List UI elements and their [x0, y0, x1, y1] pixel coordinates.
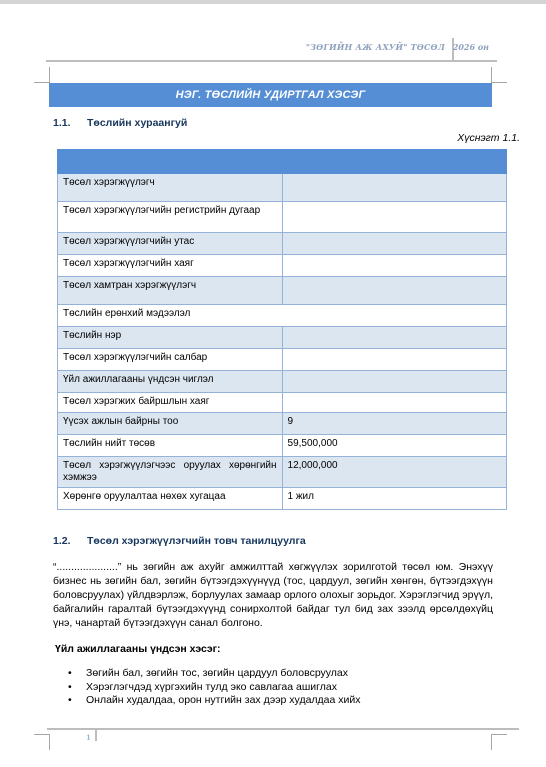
row-label: Төслийн ерөнхий мэдээлэл: [58, 305, 507, 327]
page-header: "ЗӨГИЙН АЖ АХУЙ" ТӨСӨЛ 2026 он: [46, 38, 497, 62]
crop-mark-bottom-right: [491, 734, 507, 750]
row-value[interactable]: [282, 371, 506, 393]
row-value[interactable]: [282, 393, 506, 413]
row-label: Төслийн нийт төсөв: [58, 435, 283, 457]
table-row: Төсөл хэрэгжих байршлын хаяг: [58, 393, 507, 413]
page-number: 1: [86, 733, 91, 742]
activities-list: •Зөгийн бал, зөгийн тос, зөгийн цардуул …: [68, 667, 361, 708]
activities-subheading: Үйл ажиллагааны үндсэн хэсэг:: [55, 643, 221, 655]
section-number: 1.2.: [53, 535, 87, 547]
row-label: Төслийн нэр: [58, 327, 283, 349]
list-item: •Зөгийн бал, зөгийн тос, зөгийн цардуул …: [68, 667, 361, 681]
row-value[interactable]: 12,000,000: [282, 457, 506, 488]
row-value[interactable]: [282, 255, 506, 277]
row-label: Төсөл хэрэгжүүлэгчийн утас: [58, 233, 283, 255]
section-title: Төсөл хэрэгжүүлэгчийн товч танилцуулга: [87, 535, 306, 547]
table-row: Төсөл хэрэгжүүлэгчийн регистрийн дугаар: [58, 202, 507, 233]
row-label: Төсөл хэрэгжүүлэгчийн регистрийн дугаар: [58, 202, 283, 233]
window-top-bar: [0, 0, 546, 4]
row-label: Төсөл хэрэгжих байршлын хаяг: [58, 393, 283, 413]
table-row: Төсөл хамтран хэрэгжүүлэгч: [58, 277, 507, 305]
row-label: Төсөл хэрэгжүүлэгчийн хаяг: [58, 255, 283, 277]
chapter-banner: НЭГ. ТӨСЛИЙН УДИРТГАЛ ХЭСЭГ: [49, 83, 492, 107]
intro-paragraph: “.....................” нь зөгийн аж аху…: [53, 560, 493, 630]
row-value[interactable]: [282, 233, 506, 255]
row-label: Төсөл хамтран хэрэгжүүлэгч: [58, 277, 283, 305]
project-summary-table: Төсөл хэрэгжүүлэгч Төсөл хэрэгжүүлэгчийн…: [57, 149, 507, 510]
row-label: Үүсэх ажлын байрны тоо: [58, 413, 283, 435]
row-label: Төсөл хэрэгжүүлэгч: [58, 174, 283, 202]
table-row: Хөрөнгө оруулалтаа нөхөх хугацаа 1 жил: [58, 488, 507, 510]
row-value[interactable]: [282, 327, 506, 349]
row-value[interactable]: 9: [282, 413, 506, 435]
bullet-icon: •: [68, 694, 72, 708]
header-year: 2026 он: [453, 42, 489, 52]
table-row: Төсөл хэрэгжүүлэгчийн салбар: [58, 349, 507, 371]
table-caption: Хүснэгт 1.1.: [457, 132, 520, 144]
row-value[interactable]: 1 жил: [282, 488, 506, 510]
row-label: Үйл ажиллагааны үндсэн чиглэл: [58, 371, 283, 393]
table-row: Үүсэх ажлын байрны тоо 9: [58, 413, 507, 435]
section-heading-1-2: 1.2.Төсөл хэрэгжүүлэгчийн товч танилцуул…: [53, 535, 306, 547]
row-value[interactable]: 59,500,000: [282, 435, 506, 457]
row-value[interactable]: [282, 277, 506, 305]
row-value[interactable]: [282, 349, 506, 371]
section-heading-1-1: 1.1.Төслийн хураангуй: [53, 117, 187, 129]
footer-rule: [47, 728, 519, 730]
row-label: Төсөл хэрэгжүүлэгчийн салбар: [58, 349, 283, 371]
crop-mark-top-left: [34, 67, 50, 83]
row-label: Төсөл хэрэгжүүлэгчээс оруулах хөрөнгийн …: [58, 457, 283, 488]
crop-mark-top-right: [491, 67, 507, 83]
table-row: Төслийн нэр: [58, 327, 507, 349]
list-item: •Хэрэглэгчдэд хүргэхийн тулд эко савлага…: [68, 681, 361, 695]
row-label: Хөрөнгө оруулалтаа нөхөх хугацаа: [58, 488, 283, 510]
section-title: Төслийн хураангуй: [87, 117, 187, 129]
table-section-row: Төслийн ерөнхий мэдээлэл: [58, 305, 507, 327]
table-row: Төслийн нийт төсөв 59,500,000: [58, 435, 507, 457]
header-title: "ЗӨГИЙН АЖ АХУЙ" ТӨСӨЛ: [306, 42, 445, 52]
crop-mark-bottom-left: [34, 734, 50, 750]
bullet-icon: •: [68, 667, 72, 681]
list-item: •Онлайн худалдаа, орон нутгийн зах дээр …: [68, 694, 361, 708]
footer-divider: [95, 730, 97, 741]
table-row: Төсөл хэрэгжүүлэгчийн утас: [58, 233, 507, 255]
section-number: 1.1.: [53, 117, 87, 129]
row-value[interactable]: [282, 202, 506, 233]
bullet-icon: •: [68, 681, 72, 695]
row-value[interactable]: [282, 174, 506, 202]
table-row: Төсөл хэрэгжүүлэгчээс оруулах хөрөнгийн …: [58, 457, 507, 488]
table-row: Үйл ажиллагааны үндсэн чиглэл: [58, 371, 507, 393]
table-header-row: [58, 150, 507, 174]
table-row: Төсөл хэрэгжүүлэгчийн хаяг: [58, 255, 507, 277]
table-row: Төсөл хэрэгжүүлэгч: [58, 174, 507, 202]
